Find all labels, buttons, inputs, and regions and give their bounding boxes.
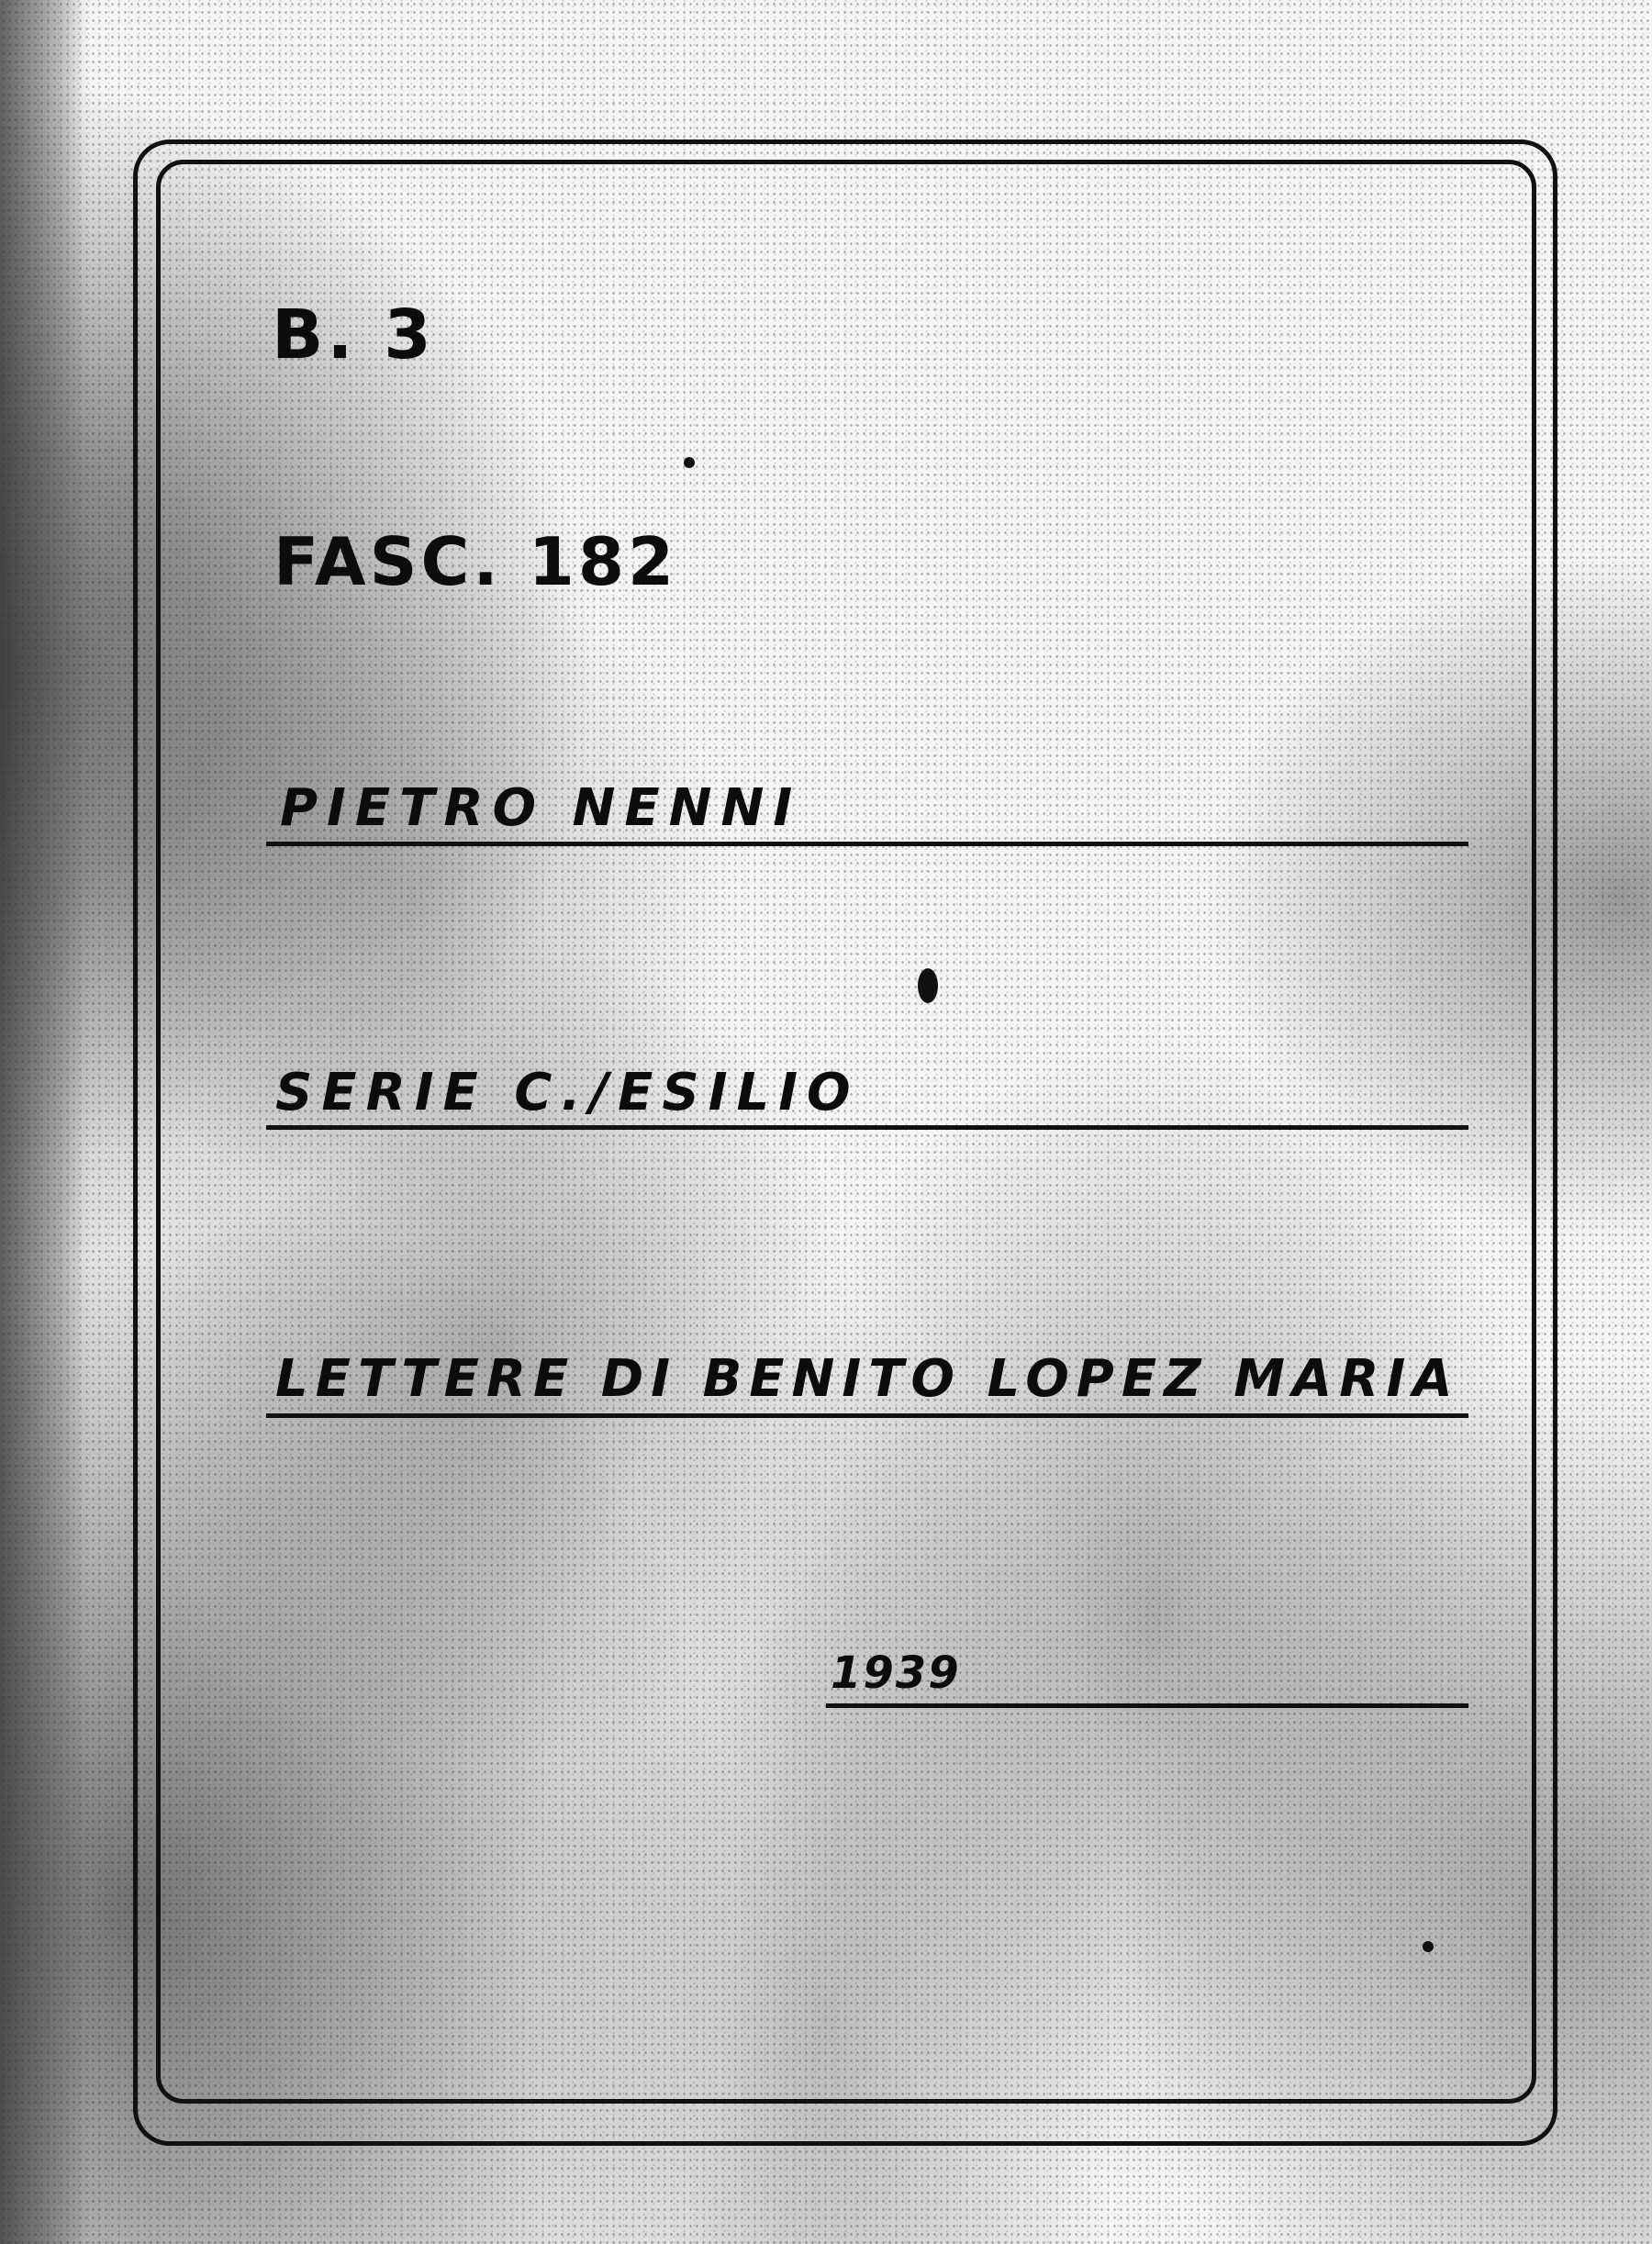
ink-dot [684,457,695,468]
ink-blot [918,968,938,1003]
content-underline [266,1413,1468,1418]
person-underline [266,842,1468,846]
year: 1939 [831,1647,961,1699]
ink-dot [1423,1941,1434,1952]
content-description: LETTERE DI BENITO LOPEZ MARIA [275,1349,1460,1409]
series-underline [266,1125,1468,1130]
inner-border-frame [156,160,1536,2104]
fascicolo-number: FASC. 182 [273,523,677,600]
series-label: SERIE C./ESILIO [275,1063,860,1122]
dark-left-edge [0,0,87,2244]
person-name: PIETRO NENNI [280,778,801,838]
busta-number: B. 3 [272,296,435,374]
year-underline [826,1703,1468,1708]
